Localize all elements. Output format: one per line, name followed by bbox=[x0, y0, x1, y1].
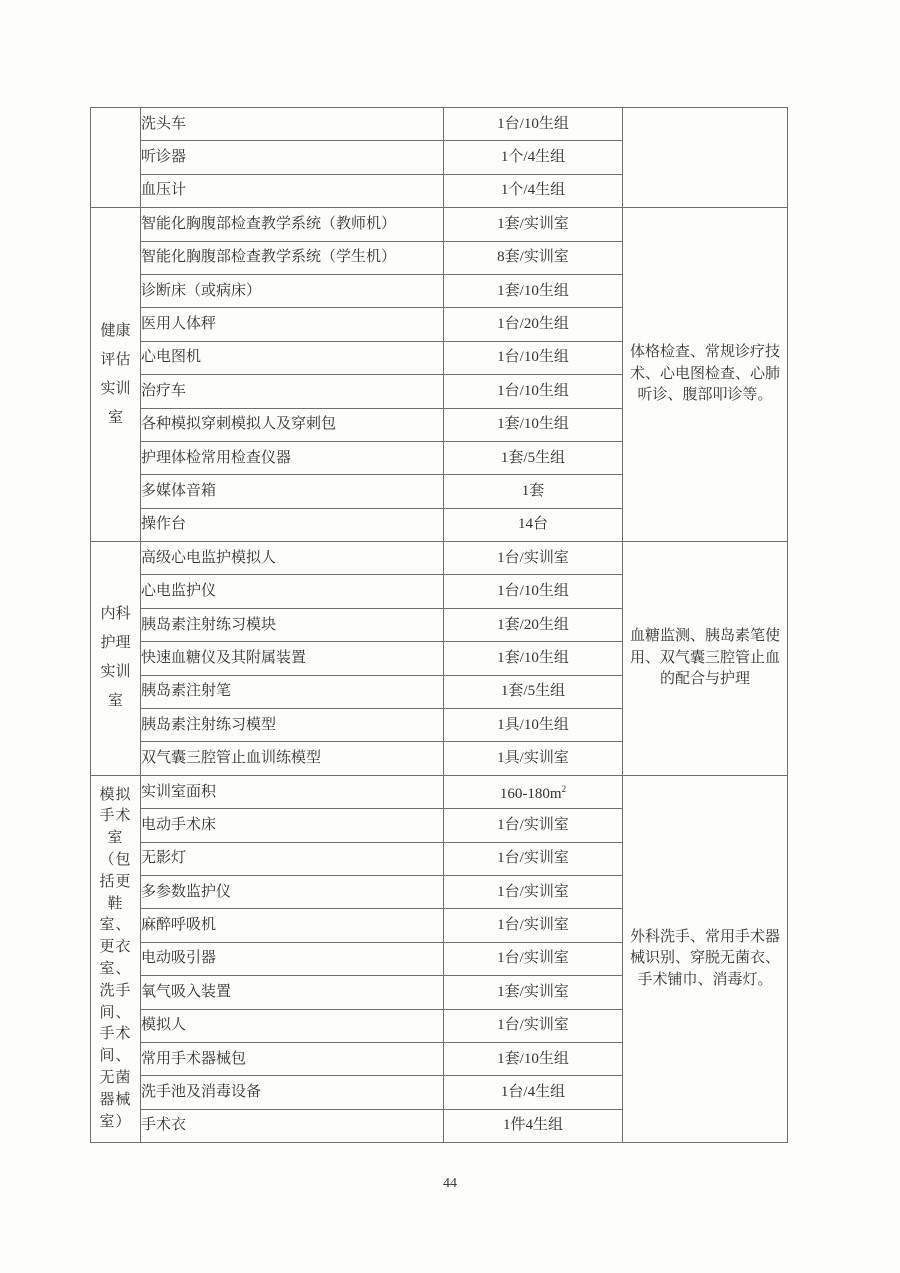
table-row: 洗头车1台/10生组 bbox=[91, 108, 788, 141]
document-page: 洗头车1台/10生组听诊器1个/4生组血压计1个/4生组健康 评估 实训 室智能… bbox=[0, 0, 900, 1273]
quantity-cell: 1台/实训室 bbox=[444, 942, 623, 975]
quantity-cell: 1个/4生组 bbox=[444, 174, 623, 207]
room-label-cell: 模拟 手术 室 （包 括更 鞋 室、 更衣 室、 洗手 间、 手术 间、 无菌 … bbox=[91, 775, 141, 1142]
equipment-name-cell: 胰岛素注射练习模型 bbox=[141, 709, 444, 742]
quantity-cell: 1台/4生组 bbox=[444, 1076, 623, 1109]
quantity-cell: 160-180m2 bbox=[444, 775, 623, 808]
quantity-cell: 1套/实训室 bbox=[444, 208, 623, 241]
equipment-name-cell: 智能化胸腹部检查教学系统（教师机） bbox=[141, 208, 444, 241]
room-label-cell: 内科 护理 实训 室 bbox=[91, 542, 141, 776]
quantity-cell: 1套/10生组 bbox=[444, 274, 623, 307]
quantity-cell: 1套/20生组 bbox=[444, 608, 623, 641]
quantity-cell: 1台/实训室 bbox=[444, 909, 623, 942]
equipment-name-cell: 心电监护仪 bbox=[141, 575, 444, 608]
quantity-cell: 1台/10生组 bbox=[444, 375, 623, 408]
equipment-name-cell: 治疗车 bbox=[141, 375, 444, 408]
room-label-cell: 健康 评估 实训 室 bbox=[91, 208, 141, 542]
equipment-name-cell: 洗手池及消毒设备 bbox=[141, 1076, 444, 1109]
quantity-cell: 1具/10生组 bbox=[444, 709, 623, 742]
equipment-name-cell: 麻醉呼吸机 bbox=[141, 909, 444, 942]
equipment-name-cell: 洗头车 bbox=[141, 108, 444, 141]
remark-cell: 血糖监测、胰岛素笔使用、双气囊三腔管止血的配合与护理 bbox=[623, 542, 788, 776]
remark-cell bbox=[623, 108, 788, 208]
quantity-cell: 1台/20生组 bbox=[444, 308, 623, 341]
quantity-cell: 1套/10生组 bbox=[444, 642, 623, 675]
equipment-name-cell: 高级心电监护模拟人 bbox=[141, 542, 444, 575]
equipment-name-cell: 诊断床（或病床） bbox=[141, 274, 444, 307]
equipment-name-cell: 血压计 bbox=[141, 174, 444, 207]
equipment-name-cell: 氧气吸入装置 bbox=[141, 976, 444, 1009]
equipment-name-cell: 智能化胸腹部检查教学系统（学生机） bbox=[141, 241, 444, 274]
room-label-cell bbox=[91, 108, 141, 208]
equipment-name-cell: 听诊器 bbox=[141, 141, 444, 174]
table-row: 内科 护理 实训 室高级心电监护模拟人1台/实训室血糖监测、胰岛素笔使用、双气囊… bbox=[91, 542, 788, 575]
equipment-name-cell: 各种模拟穿刺模拟人及穿刺包 bbox=[141, 408, 444, 441]
equipment-name-cell: 快速血糖仪及其附属装置 bbox=[141, 642, 444, 675]
page-number: 44 bbox=[0, 1176, 900, 1192]
equipment-name-cell: 手术衣 bbox=[141, 1109, 444, 1142]
quantity-cell: 1台/实训室 bbox=[444, 1009, 623, 1042]
quantity-cell: 1套/5生组 bbox=[444, 675, 623, 708]
equipment-name-cell: 胰岛素注射笔 bbox=[141, 675, 444, 708]
equipment-name-cell: 模拟人 bbox=[141, 1009, 444, 1042]
quantity-cell: 1个/4生组 bbox=[444, 141, 623, 174]
equipment-name-cell: 心电图机 bbox=[141, 341, 444, 374]
equipment-table: 洗头车1台/10生组听诊器1个/4生组血压计1个/4生组健康 评估 实训 室智能… bbox=[90, 107, 788, 1143]
quantity-cell: 1套/5生组 bbox=[444, 441, 623, 474]
quantity-cell: 1具/实训室 bbox=[444, 742, 623, 775]
equipment-name-cell: 双气囊三腔管止血训练模型 bbox=[141, 742, 444, 775]
quantity-cell: 14台 bbox=[444, 508, 623, 541]
quantity-cell: 1台/10生组 bbox=[444, 575, 623, 608]
equipment-name-cell: 多参数监护仪 bbox=[141, 875, 444, 908]
quantity-cell: 1台/10生组 bbox=[444, 341, 623, 374]
quantity-cell: 1台/实训室 bbox=[444, 842, 623, 875]
equipment-name-cell: 护理体检常用检查仪器 bbox=[141, 441, 444, 474]
remark-cell: 外科洗手、常用手术器械识别、穿脱无菌衣、手术铺巾、消毒灯。 bbox=[623, 775, 788, 1142]
quantity-cell: 1套/实训室 bbox=[444, 976, 623, 1009]
quantity-cell: 1套/10生组 bbox=[444, 408, 623, 441]
quantity-cell: 1套/10生组 bbox=[444, 1042, 623, 1075]
equipment-name-cell: 电动手术床 bbox=[141, 809, 444, 842]
quantity-cell: 1件4生组 bbox=[444, 1109, 623, 1142]
table-row: 健康 评估 实训 室智能化胸腹部检查教学系统（教师机）1套/实训室体格检查、常规… bbox=[91, 208, 788, 241]
quantity-cell: 1台/实训室 bbox=[444, 875, 623, 908]
equipment-name-cell: 医用人体秤 bbox=[141, 308, 444, 341]
quantity-cell: 1台/10生组 bbox=[444, 108, 623, 141]
quantity-cell: 1台/实训室 bbox=[444, 542, 623, 575]
equipment-name-cell: 操作台 bbox=[141, 508, 444, 541]
table-row: 模拟 手术 室 （包 括更 鞋 室、 更衣 室、 洗手 间、 手术 间、 无菌 … bbox=[91, 775, 788, 808]
quantity-cell: 1套 bbox=[444, 475, 623, 508]
equipment-name-cell: 多媒体音箱 bbox=[141, 475, 444, 508]
quantity-cell: 1台/实训室 bbox=[444, 809, 623, 842]
equipment-table-body: 洗头车1台/10生组听诊器1个/4生组血压计1个/4生组健康 评估 实训 室智能… bbox=[91, 108, 788, 1143]
equipment-name-cell: 电动吸引器 bbox=[141, 942, 444, 975]
equipment-name-cell: 无影灯 bbox=[141, 842, 444, 875]
remark-cell: 体格检查、常规诊疗技术、心电图检查、心肺听诊、腹部叩诊等。 bbox=[623, 208, 788, 542]
equipment-name-cell: 实训室面积 bbox=[141, 775, 444, 808]
equipment-name-cell: 常用手术器械包 bbox=[141, 1042, 444, 1075]
quantity-cell: 8套/实训室 bbox=[444, 241, 623, 274]
equipment-name-cell: 胰岛素注射练习模块 bbox=[141, 608, 444, 641]
